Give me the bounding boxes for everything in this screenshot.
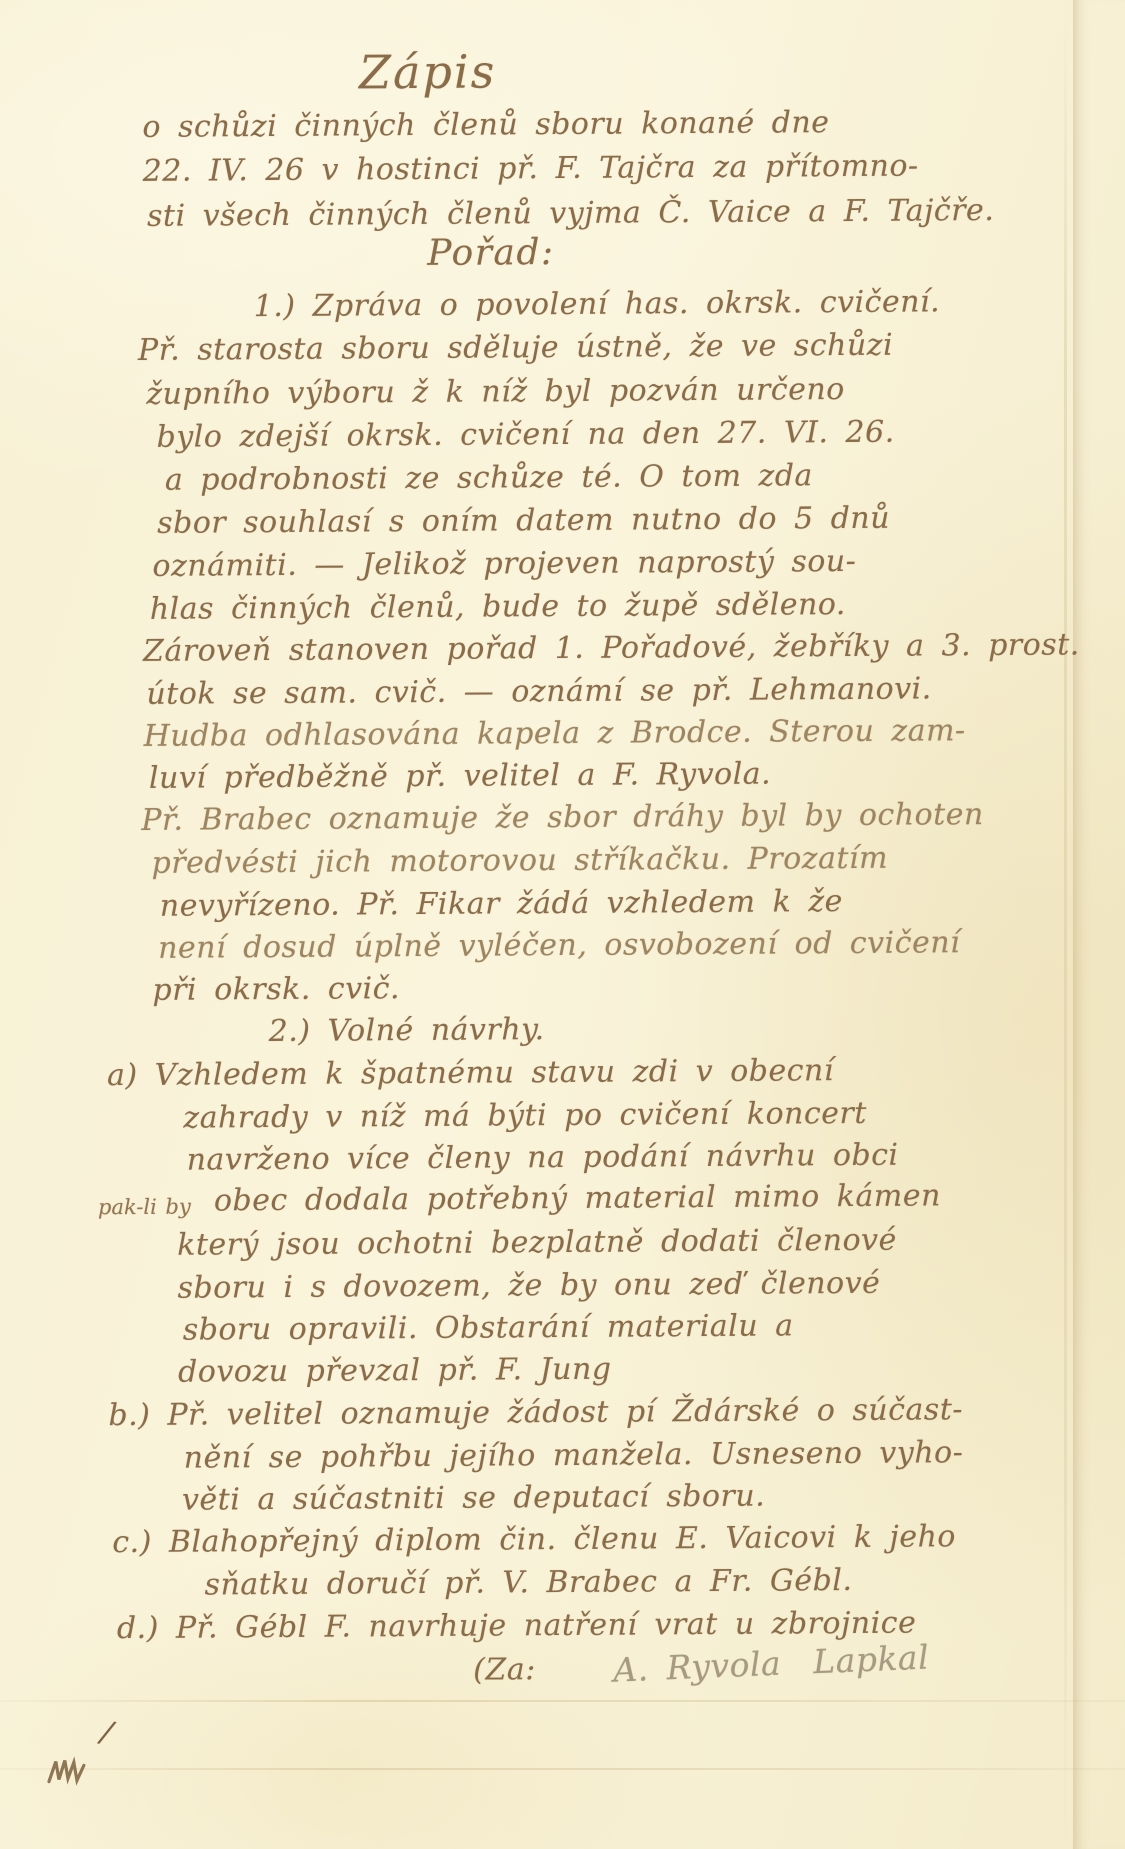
manuscript-line: luví předběžně př. velitel a F. Ryvola. [149, 757, 771, 796]
manuscript-line: věti a súčastniti se deputací sboru. [182, 1479, 765, 1518]
manuscript-line: Hudba odhlasována kapela z Brodce. Stero… [144, 713, 966, 754]
manuscript-line: bylo zdejší okrsk. cvičení na den 27. VI… [156, 415, 894, 455]
manuscript-line: d.) Př. Gébl F. navrhuje natření vrat u … [117, 1606, 917, 1647]
manuscript-line: zahrady v níž má býti po cvičení koncert [183, 1096, 867, 1136]
manuscript-line: a podrobnosti ze schůze té. O tom zda [165, 458, 813, 498]
manuscript-line: při okrsk. cvič. [152, 971, 400, 1008]
manuscript-content: Zápis o schůzi činných členů sboru konan… [0, 0, 1125, 1849]
manuscript-line: hlas činných členů, bude to župě sděleno… [150, 587, 846, 627]
manuscript-line: c.) Blahopřejný diplom čin. členu E. Vai… [112, 1519, 956, 1560]
manuscript-line: nevyřízeno. Př. Fikar žádá vzhledem k že [160, 884, 843, 924]
signature-pencil-lapkal: Lapkal [812, 1637, 929, 1681]
manuscript-line: a) Vzhledem k špatnému stavu zdi v obecn… [107, 1053, 834, 1093]
manuscript-line: Př. Brabec oznamuje že sbor dráhy byl by… [141, 797, 984, 838]
manuscript-line: není dosud úplně vyléčen, osvobození od … [158, 925, 960, 966]
manuscript-line: b.) Př. velitel oznamuje žádost pí Ždárs… [108, 1392, 963, 1433]
ink-scribble-icon [46, 1755, 92, 1789]
manuscript-line: předvésti jich motorovou stříkačku. Proz… [151, 841, 888, 881]
manuscript-line: dovozu převzal př. F. Jung [178, 1352, 612, 1390]
manuscript-line: Zároveň stanoven pořad 1. Pořadové, žebř… [143, 627, 1080, 669]
manuscript-line: o schůzi činných členů sboru konané dne [142, 105, 829, 145]
manuscript-line: sboru i s dovozem, že by onu zeď členové [177, 1266, 880, 1306]
signature-pencil-ryvola: A. Ryvola [612, 1644, 781, 1690]
manuscript-line: 22. IV. 26 v hostinci př. F. Tajčra za p… [143, 148, 919, 188]
signature-ink-prefix: (Za: [473, 1652, 536, 1687]
agenda-heading: Pořad: [427, 232, 555, 274]
manuscript-line: navrženo více členy na podání návrhu obc… [187, 1138, 899, 1178]
manuscript-line: župního výboru ž k níž byl pozván určeno [146, 372, 845, 412]
manuscript-line: útok se sam. cvič. — oznámí se př. Lehma… [146, 671, 932, 711]
manuscript-line: obec dodala potřebný material mimo kámen [214, 1178, 941, 1218]
manuscript-line: 1.) Zpráva o povolení has. okrsk. cvičen… [254, 284, 941, 324]
manuscript-line: který jsou ochotni bezplatně dodati člen… [177, 1223, 897, 1263]
manuscript-line: sti všech činných členů vyjma Č. Vaice a… [147, 193, 994, 234]
manuscript-line: sbor souhlasí s oním datem nutno do 5 dn… [157, 501, 890, 541]
margin-insertion: pak-li by [98, 1195, 191, 1220]
document-title: Zápis [359, 44, 497, 99]
manuscript-line: Př. starosta sboru sděluje ústně, že ve … [138, 328, 893, 368]
manuscript-line: sňatku doručí př. V. Brabec a Fr. Gébl. [204, 1563, 852, 1603]
manuscript-line: nění se pohřbu jejího manžela. Usneseno … [184, 1435, 964, 1475]
scanned-manuscript-page: { "document": { "kind": "handwritten mee… [0, 0, 1125, 1849]
section-heading-volne-navrhy: 2.) Volné návrhy. [269, 1012, 545, 1049]
margin-tick: / [98, 1714, 115, 1750]
manuscript-line: sboru opravili. Obstarání materialu a [183, 1308, 794, 1347]
manuscript-line: oznámiti. — Jelikož projeven naprostý so… [152, 544, 856, 584]
